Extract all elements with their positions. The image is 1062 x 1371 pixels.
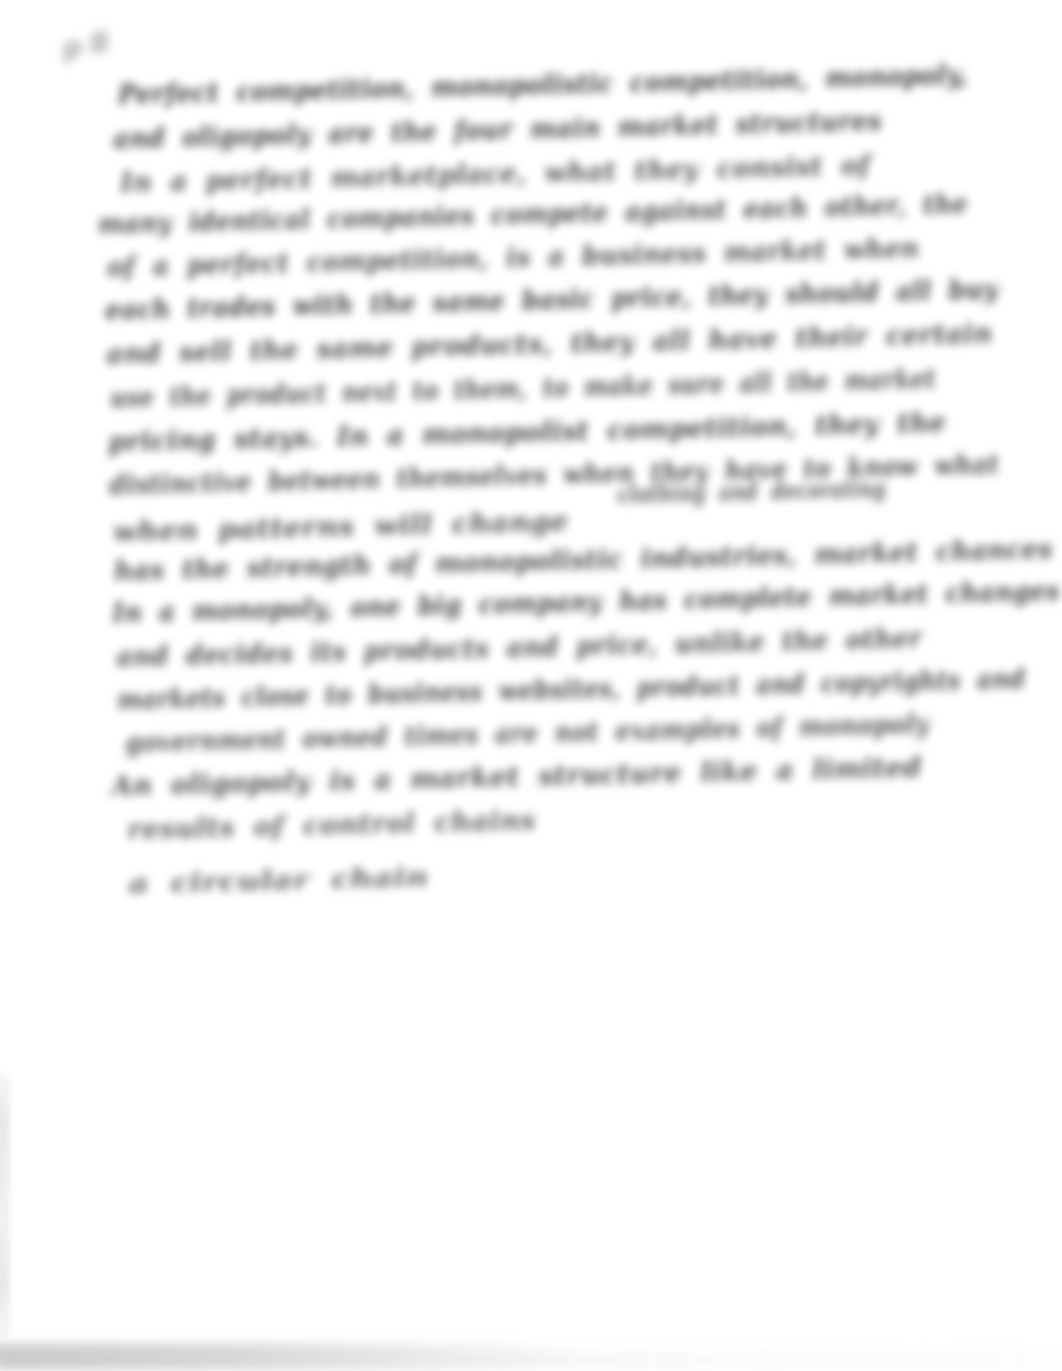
handwritten-line: when patterns will change xyxy=(113,509,552,546)
handwritten-line: and sell the same products, they all hav… xyxy=(106,319,1034,368)
handwritten-line: a circular chain xyxy=(128,866,384,898)
handwritten-line: and decides its products and price, unli… xyxy=(116,623,1000,671)
handwritten-line: clothing and decorating xyxy=(617,474,984,508)
handwritten-line: of a perfect competition, is a business … xyxy=(107,233,989,281)
handwritten-line: In a perfect marketplace, what they cons… xyxy=(120,151,903,196)
scanner-edge-shadow xyxy=(0,1072,10,1340)
handwritten-line: pricing stays. In a monopolist competiti… xyxy=(108,409,982,457)
handwritten-line: An oligopoly is a market structure like … xyxy=(111,754,937,800)
manuscript: Perfect competition, monopolistic compet… xyxy=(0,0,1062,1002)
handwritten-line: each trades with the same basic price, t… xyxy=(105,274,1062,324)
handwritten-line: use the product next to them, to make su… xyxy=(110,361,1062,412)
bottom-scan-smudge xyxy=(0,1343,598,1369)
handwritten-line: results of control chains xyxy=(127,807,537,844)
handwritten-line: and oligopoly are the four main market s… xyxy=(113,106,964,153)
handwritten-line: Perfect competition, monopolistic compet… xyxy=(118,60,1062,109)
handwritten-line: government owned times are not examples … xyxy=(125,708,1058,757)
scanned-document-page: p 8 Perfect competition, monopolistic co… xyxy=(0,0,1062,1371)
